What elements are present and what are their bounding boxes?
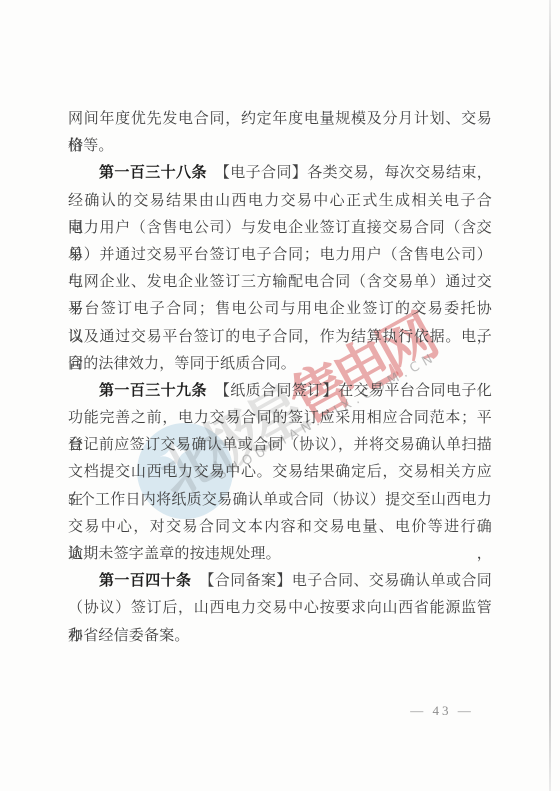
document-line: 电力用户（含售电公司）与发电企业签订直接交易合同（含交易 [68, 215, 492, 242]
document-line: 第一百三十九条 【纸质合同签订】在交易平台合同电子化 [68, 378, 492, 405]
article-number: 第一百四十条 [99, 573, 191, 589]
document-line: 和省经信委备案。 [68, 623, 492, 650]
document-line: 交易中心，对交易合同文本内容和交易电量、电价等进行确认， [68, 514, 492, 541]
article-number: 第一百三十九条 [99, 383, 207, 399]
document-line: 平台签订电子合同；售电公司与用电企业签订的交易委托协议， [68, 296, 492, 323]
document-line: 网间年度优先发电合同，约定年度电量规模及分月计划、交易价 [68, 106, 492, 133]
document-line: 5 个工作日内将纸质交易确认单或合同（协议）提交至山西电力 [68, 487, 492, 514]
document-line: 功能完善之前，电力交易合同的签订应采用相应合同范本；平台 [68, 405, 492, 432]
document-line: 经确认的交易结果由山西电力交易中心正式生成相关电子合同。 [68, 188, 492, 215]
document-line: 文档提交山西电力交易中心。交易结果确定后，交易相关方应在 [68, 459, 492, 486]
document-line: 格等。 [68, 133, 492, 160]
document-line: （协议）签订后，山西电力交易中心按要求向山西省能源监管办 [68, 595, 492, 622]
article-number: 第一百三十八条 [99, 165, 207, 181]
document-line: 第一百三十八条 【电子合同】各类交易，每次交易结束， [68, 160, 492, 187]
document-line: 单）并通过交易平台签订电子合同；电力用户（含售电公司）与 [68, 242, 492, 269]
document-line: 同的法律效力，等同于纸质合同。 [68, 351, 492, 378]
document-text: 网间年度优先发电合同，约定年度电量规模及分月计划、交易价格等。第一百三十八条 【… [68, 106, 492, 650]
document-line: 登记前应签订交易确认单或合同（协议），并将交易确认单扫描 [68, 432, 492, 459]
scanned-document-page: ✦ 北极星售电网 SHOUDIAN.BJX.COM.CN 网间年度优先发电合同，… [0, 0, 560, 791]
document-line: 电网企业、发电企业签订三方输配电合同（含交易单）通过交易 [68, 269, 492, 296]
document-line: 以及通过交易平台签订的电子合同，作为结算执行依据。电子合 [68, 324, 492, 351]
document-line: 第一百四十条 【合同备案】电子合同、交易确认单或合同 [68, 568, 492, 595]
scan-edge-line [549, 0, 551, 791]
page-number: — 43 — [398, 703, 486, 719]
